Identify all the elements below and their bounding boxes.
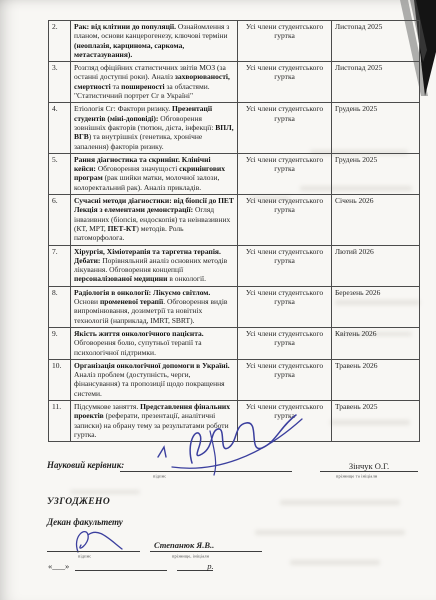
date-cell: Листопад 2025 (332, 21, 420, 62)
row-number: 8. (49, 286, 71, 327)
row-number: 5. (49, 153, 71, 194)
topic-description: Рання діагностика та скринінг. Клінічні … (71, 153, 238, 194)
participants-cell: Усі члени студентського гуртка (238, 195, 332, 245)
agreed-label: УЗГОДЖЕНО (47, 497, 110, 507)
date-cell: Листопад 2025 (332, 62, 420, 103)
participants-cell: Усі члени студентського гуртка (238, 327, 332, 359)
bleed-through-artifact (290, 560, 380, 565)
date-cell: Березень 2026 (332, 286, 420, 327)
table-row: 6. Сучасні методи діагностики: від біопс… (49, 195, 420, 245)
date-cell: Травень 2025 (332, 400, 420, 441)
plan-table-body: 2. Рак: від клітини до популяції. Ознайо… (49, 21, 420, 442)
date-cell: Січень 2026 (332, 195, 420, 245)
topic-description: Організація онкологічної допомоги в Укра… (71, 359, 238, 400)
row-number: 3. (49, 62, 71, 103)
plan-table: 2. Рак: від клітини до популяції. Ознайо… (48, 20, 420, 442)
date-cell: Лютий 2026 (332, 245, 420, 286)
row-number: 6. (49, 195, 71, 245)
topic-description: Рак: від клітини до популяції. Ознайомле… (71, 21, 238, 62)
topic-description: Радіологія в онкології: Лікуємо світлом.… (71, 286, 238, 327)
table-row: 5. Рання діагностика та скринінг. Клініч… (49, 153, 420, 194)
date-blank-line (75, 562, 167, 571)
supervisor-name-caption: прізвище та ініціали (336, 474, 377, 479)
date-cell: Грудень 2025 (332, 153, 420, 194)
bleed-through-artifact (280, 500, 400, 505)
dean-name-caption: прізвище, ініціали (172, 554, 209, 559)
row-number: 11. (49, 400, 71, 441)
table-row: 10. Організація онкологічної допомоги в … (49, 359, 420, 400)
topic-description: Хірургія, Хіміотерапія та таргетна терап… (71, 245, 238, 286)
dean-signature-caption: підпис (78, 554, 91, 559)
scanned-document-page: 2. Рак: від клітини до популяції. Ознайо… (0, 0, 436, 600)
date-line: «___» р. (48, 561, 214, 571)
participants-cell: Усі члени студентського гуртка (238, 359, 332, 400)
row-number: 7. (49, 245, 71, 286)
bleed-through-artifact (255, 530, 405, 535)
bleed-through-artifact (70, 490, 140, 494)
participants-cell: Усі члени студентського гуртка (238, 21, 332, 62)
participants-cell: Усі члени студентського гуртка (238, 286, 332, 327)
supervisor-name-line (320, 471, 418, 472)
row-number: 10. (49, 359, 71, 400)
table-row: 2. Рак: від клітини до популяції. Ознайо… (49, 21, 420, 62)
table-row: 3. Розгляд офіційних статистичних звітів… (49, 62, 420, 103)
date-cell: Грудень 2025 (332, 103, 420, 153)
topic-description: Якість життя онкологічного пацієнта. Обг… (71, 327, 238, 359)
date-cell: Травень 2026 (332, 359, 420, 400)
participants-cell: Усі члени студентського гуртка (238, 103, 332, 153)
dean-name: Степанюк Я.В.. (154, 540, 214, 550)
participants-cell: Усі члени студентського гуртка (238, 153, 332, 194)
topic-description: Сучасні методи діагностики: від біопсії … (71, 195, 238, 245)
table-row: 7. Хірургія, Хіміотерапія та таргетна те… (49, 245, 420, 286)
row-number: 2. (49, 21, 71, 62)
dean-signature-line (47, 551, 140, 552)
table-row: 8. Радіологія в онкології: Лікуємо світл… (49, 286, 420, 327)
date-cell: Квітень 2026 (332, 327, 420, 359)
table-row: 9. Якість життя онкологічного пацієнта. … (49, 327, 420, 359)
supervisor-name: Зінчук О.Г. (322, 461, 416, 471)
row-number: 9. (49, 327, 71, 359)
dean-name-line (150, 551, 262, 552)
participants-cell: Усі члени студентського гуртка (238, 62, 332, 103)
year-suffix: р. (207, 561, 213, 571)
topic-description: Розгляд офіційних статистичних звітів МО… (71, 62, 238, 103)
date-quotes: «___» (48, 561, 69, 571)
participants-cell: Усі члени студентського гуртка (238, 245, 332, 286)
supervisor-label: Науковий керівник: (47, 460, 124, 470)
topic-description: Етіологія Сг: Фактори ризику. Презентаці… (71, 103, 238, 153)
supervisor-signature (130, 405, 310, 477)
row-number: 4. (49, 103, 71, 153)
table-row: 4. Етіологія Сг: Фактори ризику. Презент… (49, 103, 420, 153)
